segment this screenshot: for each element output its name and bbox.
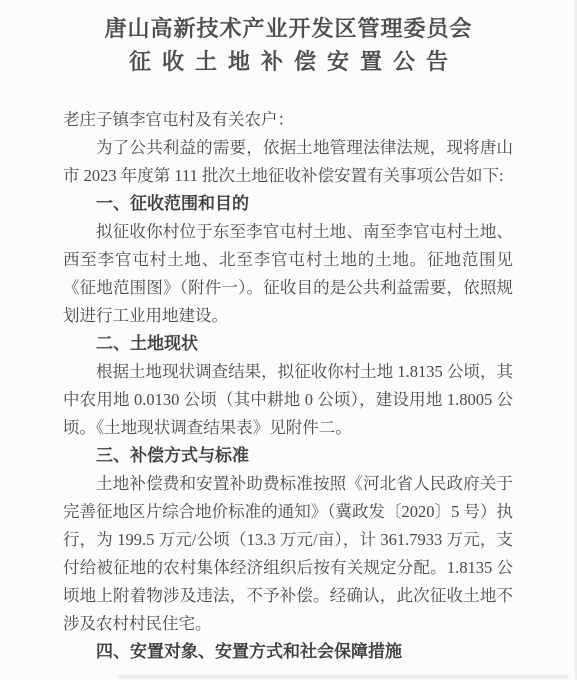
announcement-title: 征收土地补偿安置公告 <box>0 44 577 80</box>
document-body: 老庄子镇李官屯村及有关农户： 为了公共利益的需要，依据土地管理法律法规，现将唐山… <box>0 106 577 666</box>
section-1-heading: 一、征收范围和目的 <box>63 190 513 218</box>
intro-paragraph: 为了公共利益的需要，依据土地管理法律法规，现将唐山市 2023 年度第 111 … <box>63 134 513 190</box>
section-4-heading: 四、安置对象、安置方式和社会保障措施 <box>63 638 513 666</box>
scan-artifact-bottom-streak <box>118 676 569 678</box>
section-2-heading: 二、土地现状 <box>63 330 513 358</box>
salutation: 老庄子镇李官屯村及有关农户： <box>63 106 513 134</box>
section-1-paragraph: 拟征收你村位于东至李官屯村土地、南至李官屯村土地、西至李官屯村土地、北至李官屯村… <box>63 218 513 330</box>
document-header: 唐山高新技术产业开发区管理委员会 征收土地补偿安置公告 <box>0 0 577 80</box>
announcement-document: 唐山高新技术产业开发区管理委员会 征收土地补偿安置公告 老庄子镇李官屯村及有关农… <box>0 0 577 680</box>
section-3-paragraph: 土地补偿费和安置补助费标准按照《河北省人民政府关于完善征地区片综合地价标准的通知… <box>63 470 513 638</box>
issuing-authority-title: 唐山高新技术产业开发区管理委员会 <box>0 14 577 44</box>
section-3-heading: 三、补偿方式与标准 <box>63 442 513 470</box>
section-2-paragraph: 根据土地现状调查结果，拟征收你村土地 1.8135 公顷，其中农用地 0.013… <box>63 358 513 442</box>
